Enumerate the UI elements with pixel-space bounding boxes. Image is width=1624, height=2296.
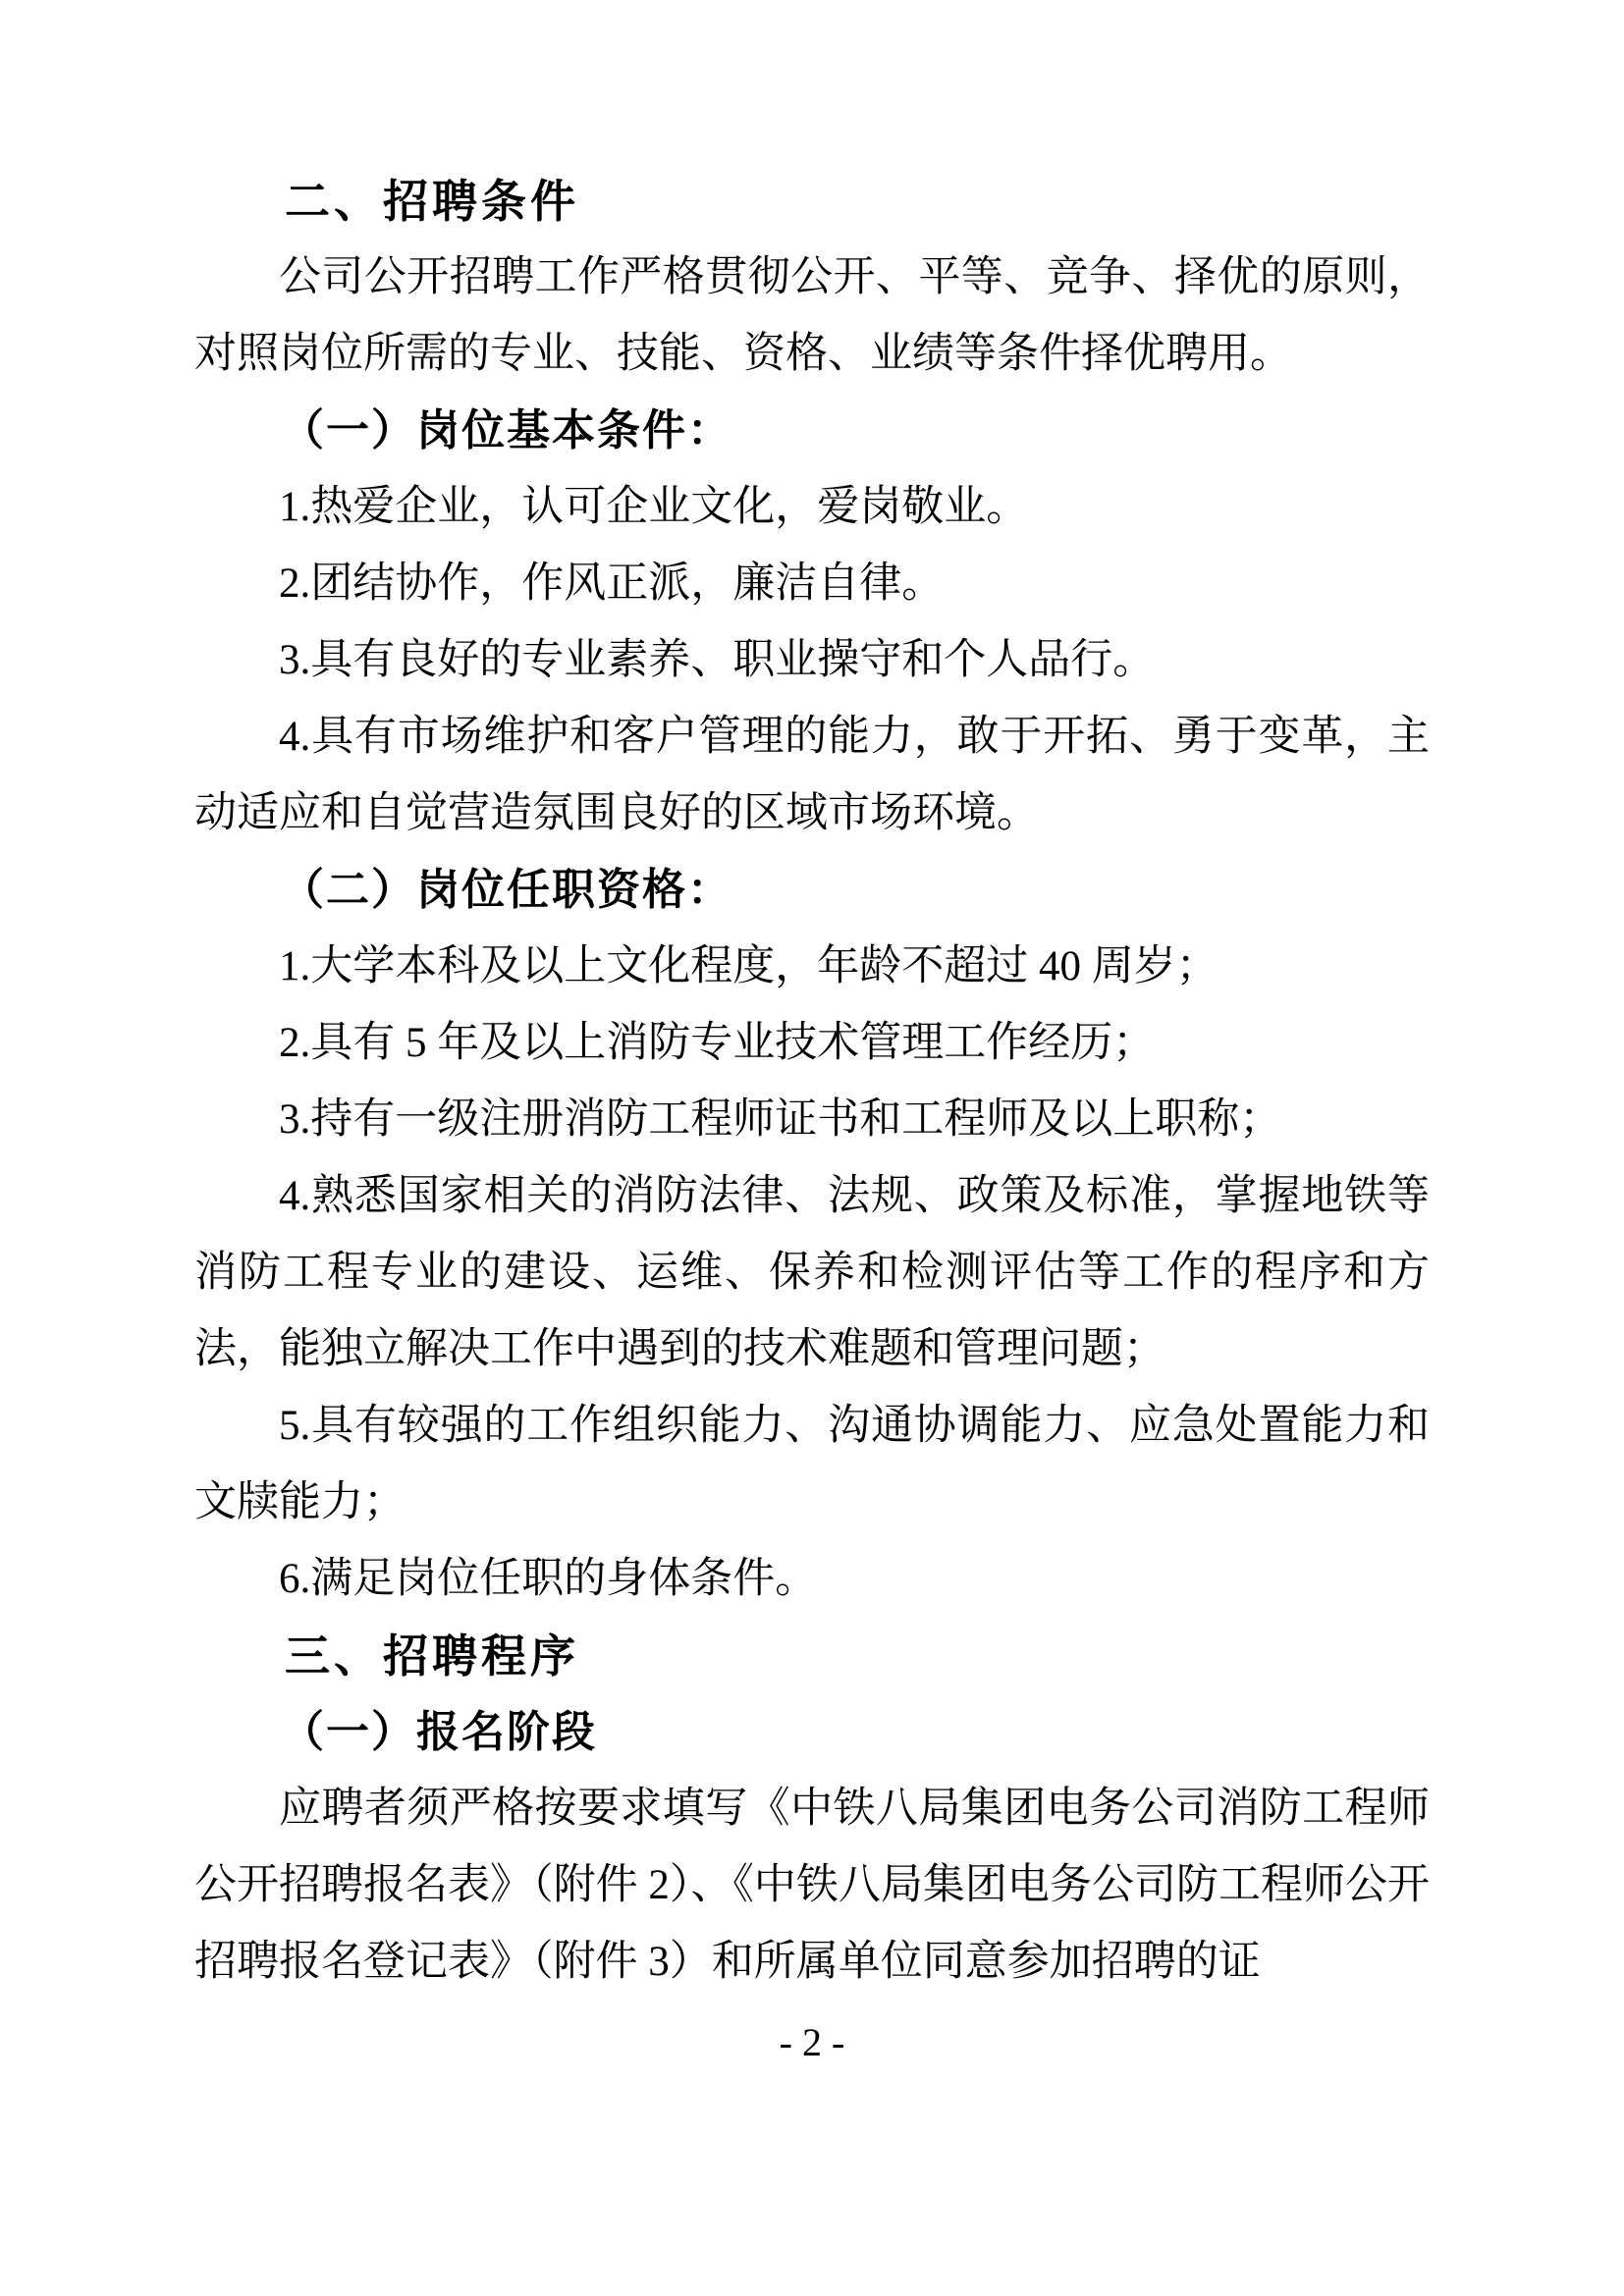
document-body: 二、招聘条件 公司公开招聘工作严格贯彻公开、平等、竞争、择优的原则，对照岗位所需… — [194, 163, 1430, 2001]
page-number: - 2 - — [0, 2014, 1624, 2071]
list-item-basic-2: 2.团结协作，作风正派，廉洁自律。 — [194, 546, 1430, 622]
list-item-basic-3: 3.具有良好的专业素养、职业操守和个人品行。 — [194, 622, 1430, 699]
heading-basic-position-conditions: （一）岗位基本条件： — [194, 393, 1430, 469]
list-item-qual-6: 6.满足岗位任职的身体条件。 — [194, 1541, 1430, 1618]
heading-recruitment-procedure: 三、招聘程序 — [194, 1618, 1430, 1694]
para-registration-instructions: 应聘者须严格按要求填写《中铁八局集团电务公司消防工程师公开招聘报名表》（附件 2… — [194, 1771, 1430, 2001]
document-page: 二、招聘条件 公司公开招聘工作严格贯彻公开、平等、竞争、择优的原则，对照岗位所需… — [0, 0, 1624, 2296]
list-item-qual-1: 1.大学本科及以上文化程度，年龄不超过 40 周岁； — [194, 929, 1430, 1005]
list-item-qual-2: 2.具有 5 年及以上消防专业技术管理工作经历； — [194, 1005, 1430, 1082]
list-item-qual-5: 5.具有较强的工作组织能力、沟通协调能力、应急处置能力和文牍能力； — [194, 1388, 1430, 1541]
heading-registration-stage: （一）报名阶段 — [194, 1694, 1430, 1771]
para-recruitment-principles: 公司公开招聘工作严格贯彻公开、平等、竞争、择优的原则，对照岗位所需的专业、技能、… — [194, 240, 1430, 393]
heading-position-qualifications: （二）岗位任职资格： — [194, 852, 1430, 929]
list-item-basic-4: 4.具有市场维护和客户管理的能力，敢于开拓、勇于变革，主动适应和自觉营造氛围良好… — [194, 699, 1430, 852]
heading-recruitment-conditions: 二、招聘条件 — [194, 163, 1430, 240]
list-item-qual-4: 4.熟悉国家相关的消防法律、法规、政策及标准，掌握地铁等消防工程专业的建设、运维… — [194, 1158, 1430, 1388]
list-item-qual-3: 3.持有一级注册消防工程师证书和工程师及以上职称； — [194, 1082, 1430, 1158]
list-item-basic-1: 1.热爱企业，认可企业文化，爱岗敬业。 — [194, 469, 1430, 546]
